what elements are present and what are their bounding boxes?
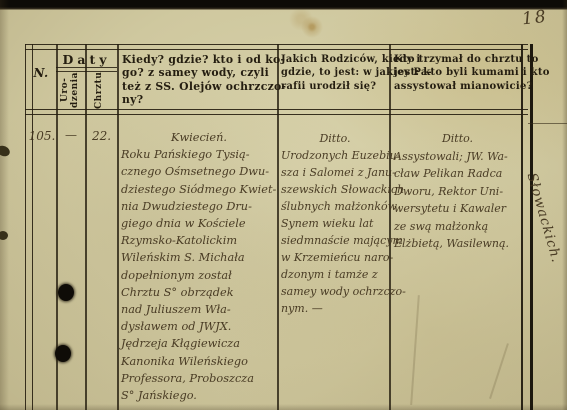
handwritten-line: siedmnaście mającym [281, 232, 389, 249]
ditto-heading: Ditto. [394, 130, 521, 148]
header-bottom-border [25, 109, 528, 115]
handwritten-line: wersytetu i Kawaler [394, 200, 521, 218]
handwritten-line: ze swą małżonką [394, 218, 521, 236]
record-parents-cell: Ditto. Urodzonych Euzebiu-sza i Salomei … [281, 130, 389, 317]
handwritten-line: Synem wieku lat [281, 215, 389, 232]
header-text-line: Kiedy? gdzie? kto i od ko- [122, 53, 276, 66]
handwritten-line: giego dnia w Kościele [121, 215, 277, 232]
handwritten-line: ślubnych małżonków [281, 198, 389, 215]
parents-text: Urodzonych Euzebiu-sza i Salomei z Janu-… [281, 147, 389, 317]
handwritten-line: Wileńskim S. Michała [121, 249, 277, 266]
handwritten-line: cław Pelikan Radca [394, 165, 521, 183]
header-text-line: ny? [122, 93, 276, 106]
handwritten-line: Elżbietą, Wasilewną. [394, 235, 521, 253]
handwritten-line: nia Dwudziestego Dru- [121, 198, 277, 215]
record-baptism-cell: Kwiecień. Roku Pańskiego Tysią-cznego Oś… [121, 129, 277, 404]
handwritten-line: dopełnionym został [121, 267, 277, 284]
handwritten-line: Professora, Proboszcza [121, 370, 277, 387]
header-n: N. [26, 66, 56, 80]
handwritten-line: samey wody ochrzczo- [281, 283, 389, 300]
handwritten-line: Jędrzeja Kłągiewicza [121, 335, 277, 352]
month-heading: Kwiecień. [121, 129, 277, 146]
paper-scratch [489, 343, 508, 399]
divider-baptism-parents [277, 44, 279, 410]
handwritten-line: cznego Ośmsetnego Dwu- [121, 163, 277, 180]
scan-left-edge [0, 0, 9, 410]
table-top-border [25, 44, 528, 50]
handwritten-line: Dworu, Rektor Uni- [394, 183, 521, 201]
header-text-line: jest: kto byli kumami i kto [394, 66, 521, 79]
paper-crease [410, 295, 419, 405]
handwritten-line: Roku Pańskiego Tysią- [121, 146, 277, 163]
record-number: 105. [28, 129, 56, 143]
header-parents-column: Jakich Rodziców, kiedy igdzie, to jest: … [281, 53, 389, 93]
ink-hole [55, 345, 71, 362]
record-baptism-date: 22. [86, 129, 117, 143]
handwritten-line: Kanonika Wileńskiego [121, 353, 277, 370]
divider-urodzenia-chrztu [85, 44, 87, 410]
header-text-line: go? z samey wody, czyli [122, 66, 276, 79]
handwritten-line: dziestego Siódmego Kwiet- [121, 181, 277, 198]
handwritten-line: Assystowali; JW. Wa- [394, 148, 521, 166]
register-scan-page: 18 N. Daty Uro- dzenia Chrztu Kiedy? gdz… [0, 0, 567, 410]
header-text-line: rafii urodził się? [281, 80, 389, 93]
handwritten-line: Rzymsko-Katolickim [121, 232, 277, 249]
header-godparents-column: Kto trzymał do chrztu tojest: kto byli k… [394, 53, 521, 93]
godparents-text: Assystowali; JW. Wa-cław Pelikan RadcaDw… [394, 148, 521, 253]
header-baptism-column: Kiedy? gdzie? kto i od ko-go? z samey wo… [122, 53, 276, 107]
baptism-text: Roku Pańskiego Tysią-cznego Ośmsetnego D… [121, 146, 277, 404]
header-text-line: też z SS. Olejów ochrzczo- [122, 80, 276, 93]
edge-ink-blob [0, 144, 12, 159]
handwritten-line: w Krzemieńcu naro- [281, 249, 389, 266]
header-text-line: assystował mianowicie? [394, 80, 521, 93]
header-urodzenia: Uro- dzenia [60, 71, 84, 109]
ink-hole [58, 284, 74, 301]
scan-top-edge [0, 0, 567, 10]
header-daty: Daty [56, 52, 117, 67]
page-number: 18 [521, 7, 549, 30]
record-godparents-cell: Ditto. Assystowali; JW. Wa-cław Pelikan … [394, 130, 521, 253]
record-birth-date: — [57, 128, 85, 142]
table-right-border [521, 44, 533, 410]
handwritten-line: S° Jańskiego. [121, 387, 277, 404]
handwritten-line: Urodzonych Euzebiu- [281, 147, 389, 164]
table-left-border [25, 44, 33, 410]
handwritten-line: sza i Salomei z Janu- [281, 164, 389, 181]
handwritten-line: Chrztu S° obrządek [121, 284, 277, 301]
header-text-line: Jakich Rodziców, kiedy i [281, 53, 389, 66]
ditto-heading: Ditto. [281, 130, 389, 147]
divider-parents-godparents [389, 44, 391, 410]
header-text-line: Kto trzymał do chrztu to [394, 53, 521, 66]
handwritten-line: nym. — [281, 300, 389, 317]
handwritten-line: szewskich Słowackich [281, 181, 389, 198]
divider-chrztu-baptism [117, 44, 119, 410]
margin-rule [528, 123, 567, 124]
header-text-line: gdzie, to jest: w jakiey Pa- [281, 66, 389, 79]
header-chrztu: Chrztu [94, 71, 110, 109]
scan-right-edge [562, 0, 567, 410]
handwritten-line: dzonym i tamże z [281, 266, 389, 283]
handwritten-line: dysławem od JWJX. [121, 318, 277, 335]
handwritten-line: nad Juliuszem Wła- [121, 301, 277, 318]
